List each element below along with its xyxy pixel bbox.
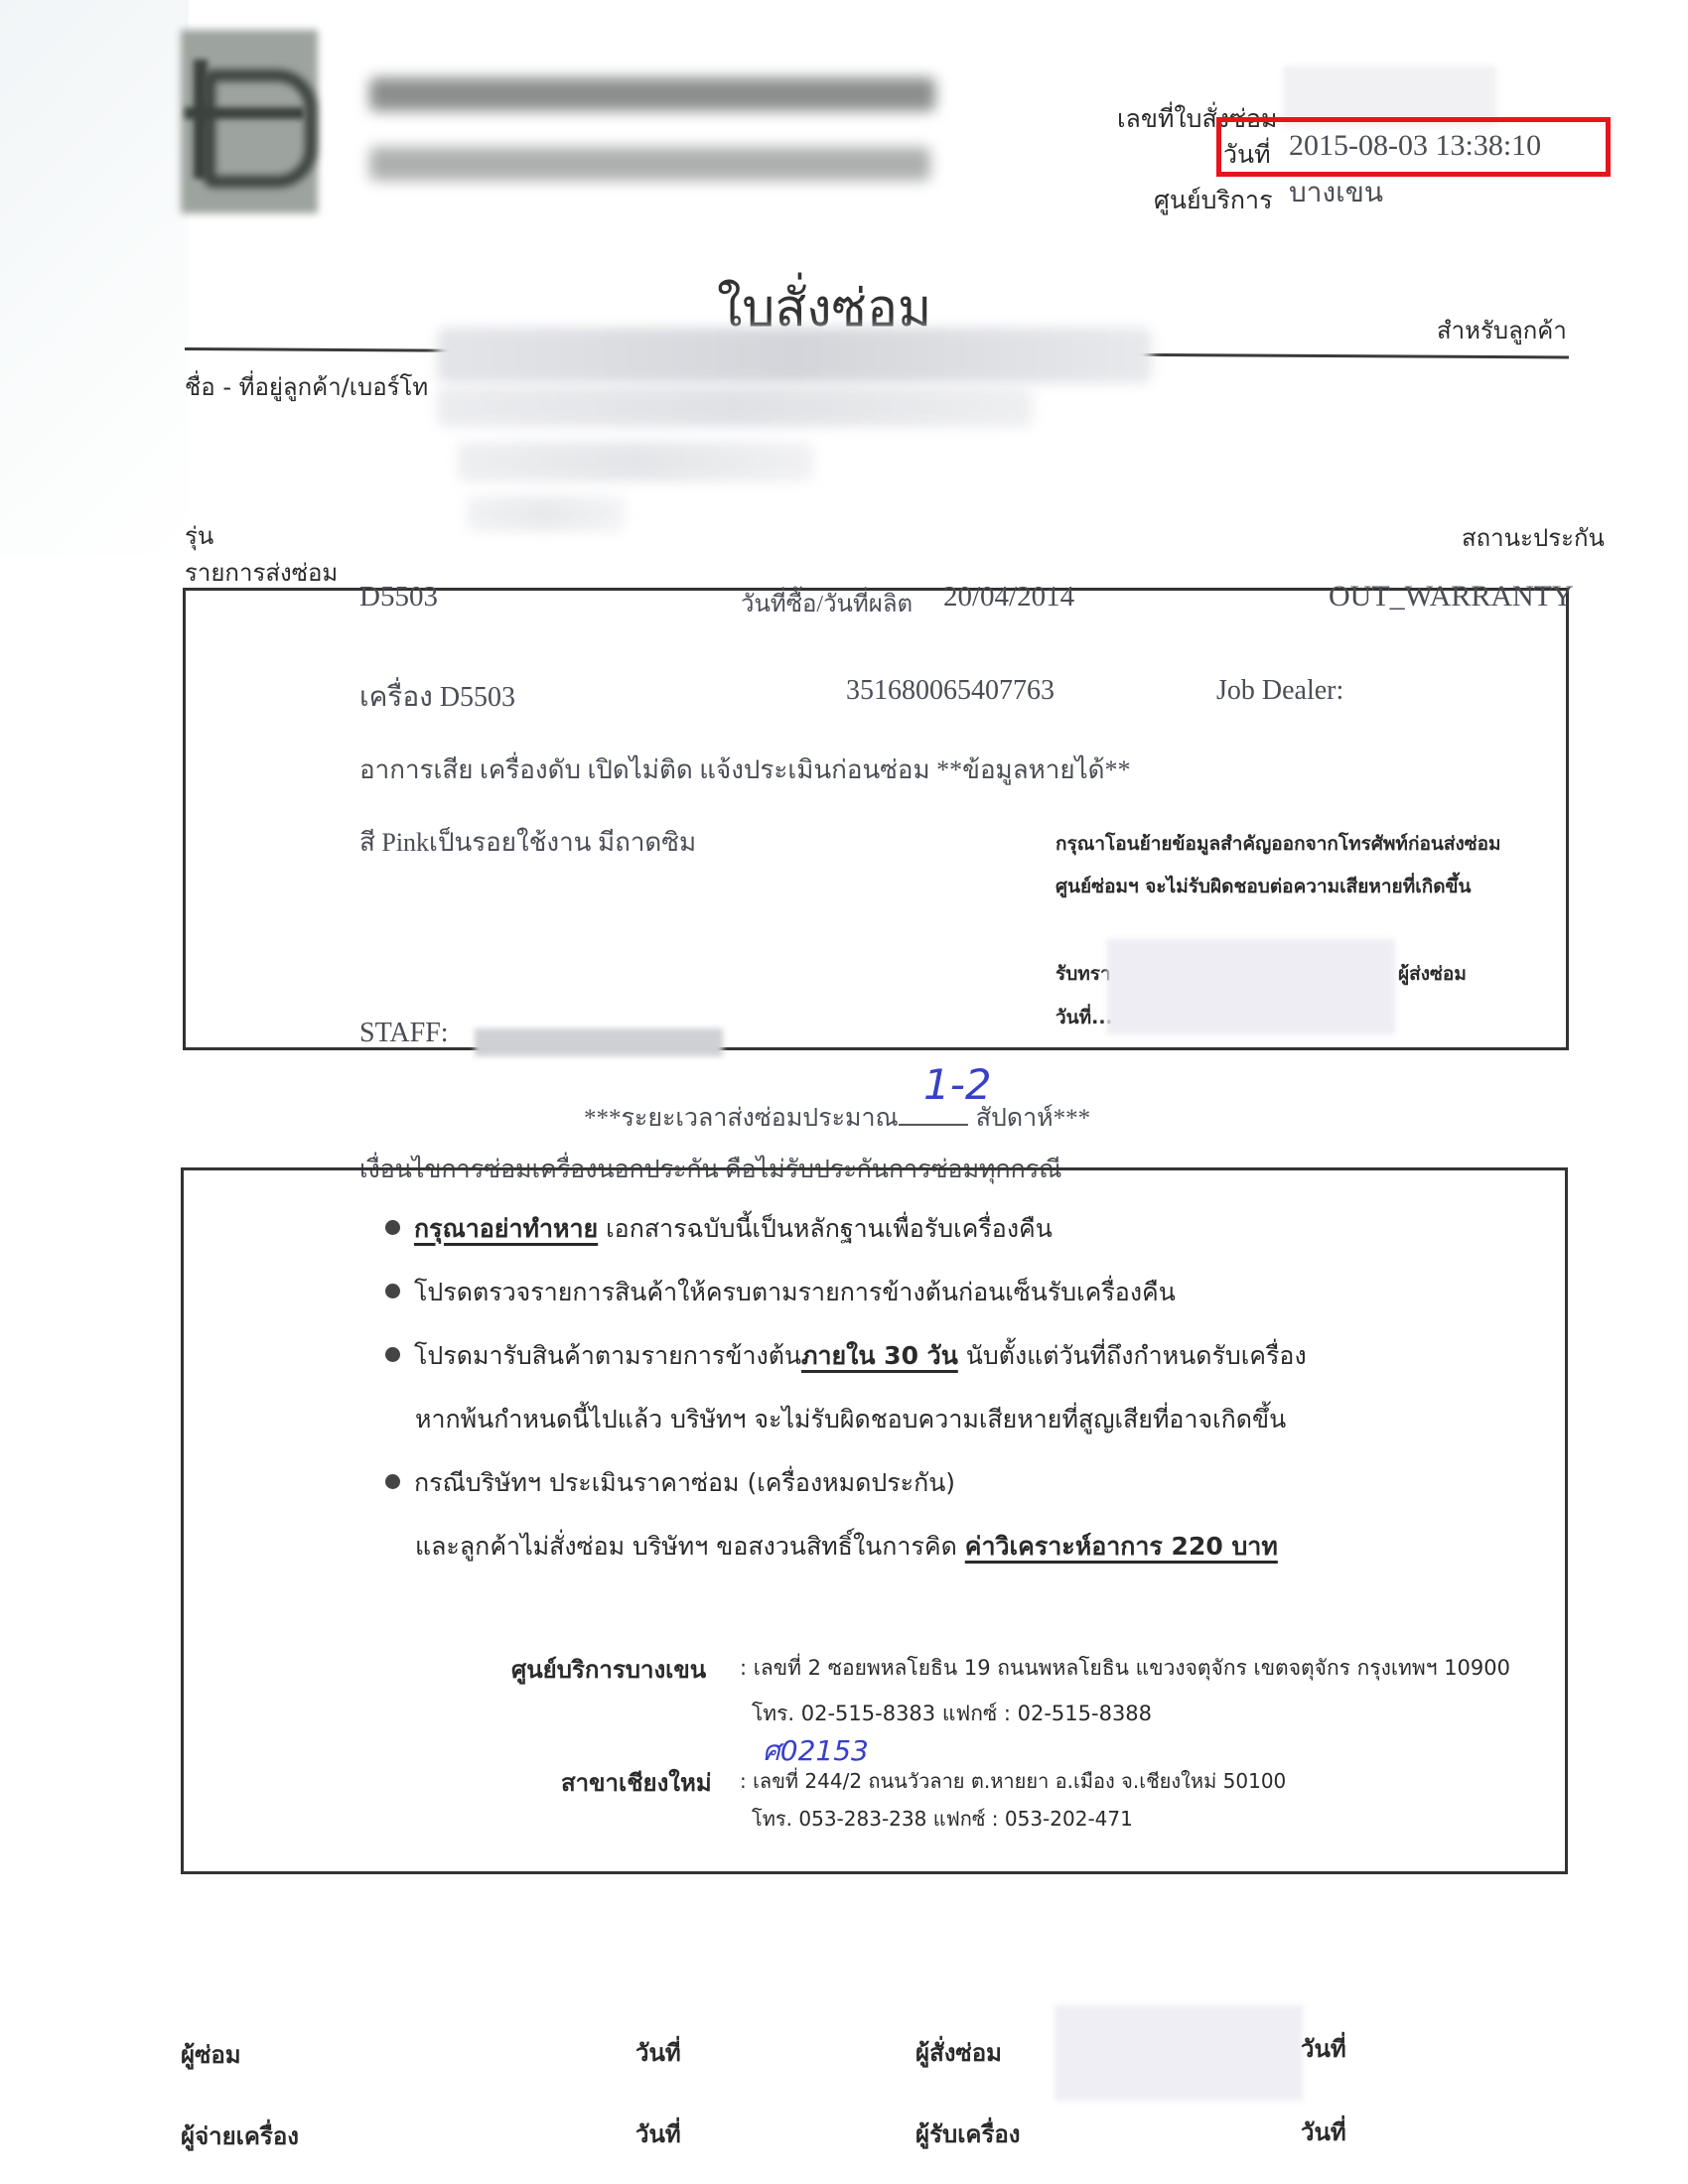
device-value: เครื่อง D5503	[359, 675, 515, 719]
company-name-en-redacted	[369, 147, 930, 181]
signature-received-by-label: ผู้รับเครื่อง	[915, 2115, 1020, 2153]
repair-items-label: รายการส่งซ่อม	[185, 553, 338, 592]
branch-bangkhen-name: ศูนย์บริการบางเขน	[511, 1650, 706, 1689]
staff-label: STAFF:	[359, 1018, 449, 1049]
branch-bangkhen-address: : เลขที่ 2 ซอยพหลโยธิน 19 ถนนพหลโยธิน แข…	[740, 1652, 1510, 1685]
duration-handwritten-value: 1-2	[923, 1060, 992, 1109]
data-transfer-notice-2: ศูนย์ซ่อมฯ จะไม่รับผิดชอบต่อความเสียหายท…	[1055, 872, 1472, 901]
purchase-date-label: วันที่ซื้อ/วันที่ผลิต	[741, 584, 913, 622]
term-4: กรณีบริษัทฯ ประเมินราคาซ่อม (เครื่องหมดป…	[385, 1463, 955, 1503]
branch-chiangmai-address: : เลขที่ 244/2 ถนนวัวลาย ต.หายยา อ.เมือง…	[740, 1765, 1286, 1797]
term-3: โปรดมารับสินค้าตามรายการข้างต้นภายใน 30 …	[385, 1336, 1307, 1376]
warranty-status-value: OUT_WARRANTY	[1329, 580, 1574, 614]
purchase-date-value: 20/04/2014	[943, 581, 1074, 614]
branch-chiangmai-name: สาขาเชียงใหม่	[561, 1763, 712, 1802]
customer-label: ชื่อ - ที่อยู่ลูกค้า/เบอร์โท	[185, 367, 428, 406]
term-4-continuation-text: และลูกค้าไม่สั่งซ่อม บริษัทฯ ขอสงวนสิทธิ…	[415, 1532, 965, 1561]
acknowledge-label-start: รับทรา	[1055, 959, 1111, 989]
term-3-text-before: โปรดมารับสินค้าตามรายการข้างต้น	[414, 1341, 801, 1370]
signature-date4-label: วันที่	[1301, 2113, 1346, 2151]
condition-text: สี Pinkเป็นรอยใช้งาน มีถาดซิม	[359, 822, 696, 863]
acknowledge-label-end: ผู้ส่งซ่อม	[1398, 959, 1467, 989]
term-3-continuation: หากพ้นกำหนดนี้ไปแล้ว บริษัทฯ จะไม่รับผิด…	[415, 1400, 1286, 1439]
service-center-value: บางเขน	[1289, 171, 1383, 214]
customer-info-redacted-1	[437, 328, 1152, 383]
term-4-text: กรณีบริษัทฯ ประเมินราคาซ่อม (เครื่องหมดป…	[414, 1468, 955, 1497]
analysis-fee: ค่าวิเคราะห์อาการ 220 บาท	[965, 1532, 1278, 1561]
scan-fold-shadow	[0, 0, 189, 556]
bullet-icon	[385, 1220, 400, 1235]
term-4-continuation: และลูกค้าไม่สั่งซ่อม บริษัทฯ ขอสงวนสิทธิ…	[415, 1527, 1278, 1567]
customer-info-redacted-3	[457, 442, 814, 481]
data-transfer-notice-1: กรุณาโอนย้ายข้อมูลสำคัญออกจากโทรศัพท์ก่อ…	[1055, 829, 1501, 859]
imei-value: 351680065407763	[846, 675, 1055, 707]
term-1: กรุณาอย่าทำหาย เอกสารฉบับนี้เป็นหลักฐานเ…	[385, 1209, 1053, 1249]
copy-for-label: สำหรับลูกค้า	[1437, 311, 1567, 349]
duration-prefix: ***ระยะเวลาส่งซ่อมประมาณ	[584, 1105, 899, 1132]
model-label: รุ่น	[185, 516, 213, 555]
bullet-icon	[385, 1284, 400, 1298]
signature-date2-label: วันที่	[1301, 2029, 1346, 2068]
term-2-text: โปรดตรวจรายการสินค้าให้ครบตามรายการข้างต…	[414, 1278, 1176, 1306]
job-dealer-label: Job Dealer:	[1216, 675, 1343, 707]
customer-signature-redacted	[1107, 939, 1395, 1034]
staff-name-redacted	[475, 1028, 723, 1056]
signature-date1-label: วันที่	[635, 2033, 681, 2072]
model-value: D5503	[359, 581, 438, 614]
duration-suffix: สัปดาห์***	[976, 1105, 1090, 1132]
signature-ordered-by-label: ผู้สั่งซ่อม	[915, 2033, 1002, 2072]
company-name-th-redacted	[369, 77, 935, 111]
term-2: โปรดตรวจรายการสินค้าให้ครบตามรายการข้างต…	[385, 1273, 1176, 1312]
date-highlight-box	[1216, 117, 1611, 177]
bullet-icon	[385, 1474, 400, 1489]
term-3-emphasis: ภายใน 30 วัน	[801, 1341, 958, 1370]
signature-repairer-label: ผู้ซ่อม	[181, 2035, 241, 2074]
customer-info-redacted-2	[437, 387, 1033, 427]
term-3-text-after: นับตั้งแต่วันที่ถึงกำหนดรับเครื่อง	[958, 1341, 1307, 1370]
warranty-status-label: สถานะประกัน	[1462, 518, 1605, 557]
customer-info-redacted-4	[467, 496, 626, 531]
bullet-icon	[385, 1347, 400, 1362]
branch-chiangmai-contact: โทร. 053-283-238 แฟกซ์ : 053-202-471	[752, 1803, 1133, 1835]
service-center-label: ศูนย์บริการ	[1154, 181, 1273, 220]
term-1-emphasis: กรุณาอย่าทำหาย	[414, 1214, 598, 1243]
symptom-text: อาการเสีย เครื่องดับ เปิดไม่ติด แจ้งประเ…	[359, 750, 1131, 790]
acknowledge-date-label: วันที่...	[1055, 1003, 1113, 1032]
term-1-text: เอกสารฉบับนี้เป็นหลักฐานเพื่อรับเครื่องค…	[598, 1214, 1053, 1243]
signature-date3-label: วันที่	[635, 2115, 681, 2153]
signature-issued-by-label: ผู้จ่ายเครื่อง	[181, 2116, 299, 2155]
duration-blank	[899, 1124, 968, 1126]
branch-bangkhen-contact: โทร. 02-515-8383 แฟกซ์ : 02-515-8388	[752, 1698, 1152, 1730]
orderer-signature-redacted	[1055, 2005, 1303, 2101]
duration-text: ***ระยะเวลาส่งซ่อมประมาณสัปดาห์***	[584, 1098, 1090, 1138]
